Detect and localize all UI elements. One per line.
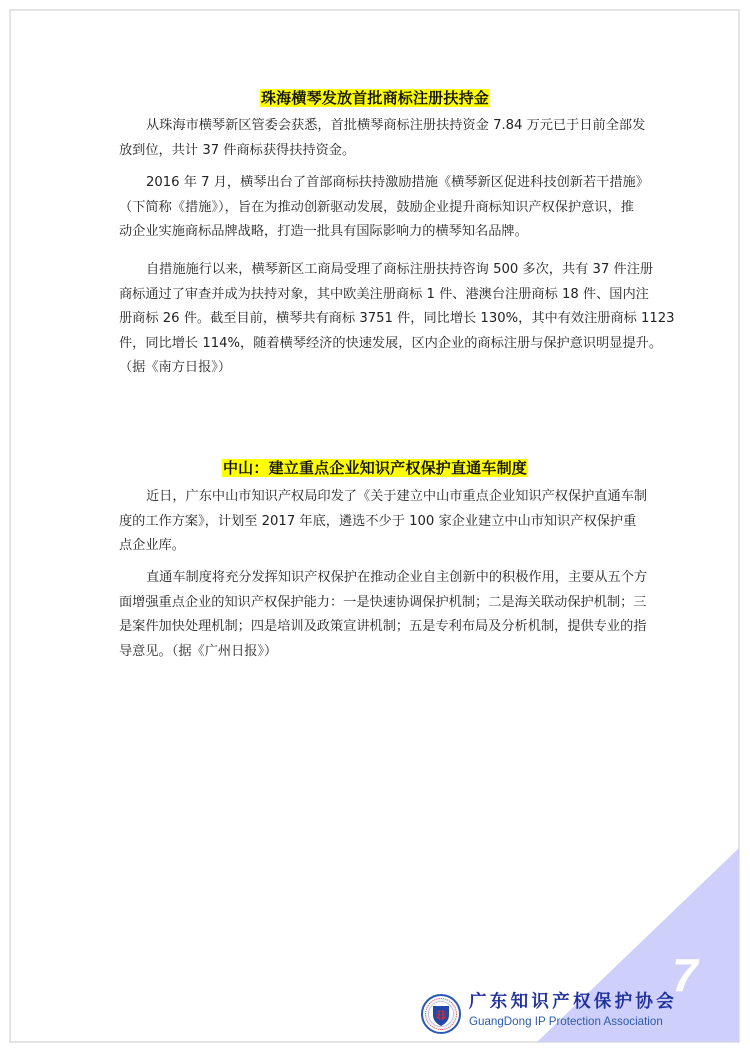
paragraph-line: 导意见。（据《广州日报》） xyxy=(119,640,634,665)
paragraph-line: 近日，广东中山市知识产权局印发了《关于建立中山市重点企业知识产权保护直通车制 xyxy=(119,485,634,510)
paragraph: 直通车制度将充分发挥知识产权保护在推动企业自主创新中的积极作用，主要从五个方 面… xyxy=(119,566,634,664)
paragraph-line: 从珠海市横琴新区管委会获悉，首批横琴商标注册扶持资金 7.84 万元已于日前全部… xyxy=(119,114,634,139)
association-name-cn: 广东知识产权保护协会 xyxy=(469,991,677,1013)
paragraph-line: （下简称《措施》），旨在为推动创新驱动发展，鼓励企业提升商标知识产权保护意识，推 xyxy=(119,196,634,221)
section-title-hengqin: 珠海横琴发放首批商标注册扶持金 xyxy=(0,88,750,108)
paragraph-line: 度的工作方案》，计划至 2017 年底，遴选不少于 100 家企业建立中山市知识… xyxy=(119,510,634,535)
paragraph-line: （据《南方日报》） xyxy=(119,356,634,381)
paragraph-line: 面增强重点企业的知识产权保护能力：一是快速协调保护机制；二是海关联动保护机制；三 xyxy=(119,591,634,616)
paragraph-line: 件，同比增长 114%，随着横琴经济的快速发展，区内企业的商标注册与保护意识明显… xyxy=(119,332,634,357)
paragraph: 自措施施行以来，横琴新区工商局受理了商标注册扶持咨询 500 多次，共有 37 … xyxy=(119,258,634,381)
section-title-zhongshan: 中山：建立重点企业知识产权保护直通车制度 xyxy=(0,458,750,478)
paragraph-line: 册商标 26 件。截至目前，横琴共有商标 3751 件，同比增长 130%，其中… xyxy=(119,307,634,332)
page-number: 7 xyxy=(672,950,698,1000)
paragraph-line: 直通车制度将充分发挥知识产权保护在推动企业自主创新中的积极作用，主要从五个方 xyxy=(119,566,634,591)
paragraph-line: 自措施施行以来，横琴新区工商局受理了商标注册扶持咨询 500 多次，共有 37 … xyxy=(119,258,634,283)
paragraph: 2016 年 7 月，横琴出台了首部商标扶持激励措施《横琴新区促进科技创新若干措… xyxy=(119,171,634,245)
paragraph-line: 点企业库。 xyxy=(119,534,634,559)
association-name-en: GuangDong IP Protection Association xyxy=(469,1014,663,1030)
paragraph: 从珠海市横琴新区管委会获悉，首批横琴商标注册扶持资金 7.84 万元已于日前全部… xyxy=(119,114,634,163)
paragraph-line: 动企业实施商标品牌战略，打造一批具有国际影响力的横琴知名品牌。 xyxy=(119,220,634,245)
paragraph: 近日，广东中山市知识产权局印发了《关于建立中山市重点企业知识产权保护直通车制 度… xyxy=(119,485,634,559)
paragraph-line: 2016 年 7 月，横琴出台了首部商标扶持激励措施《横琴新区促进科技创新若干措… xyxy=(119,171,634,196)
paragraph-line: 放到位，共计 37 件商标获得扶持资金。 xyxy=(119,139,634,164)
association-emblem-icon xyxy=(421,994,461,1034)
paragraph-line: 是案件加快处理机制；四是培训及政策宣讲机制；五是专利布局及分析机制，提供专业的指 xyxy=(119,615,634,640)
paragraph-line: 商标通过了审查并成为扶持对象，其中欧美注册商标 1 件、港澳台注册商标 18 件… xyxy=(119,283,634,308)
section-title-text: 中山：建立重点企业知识产权保护直通车制度 xyxy=(222,459,528,477)
section-title-text: 珠海横琴发放首批商标注册扶持金 xyxy=(260,89,490,107)
